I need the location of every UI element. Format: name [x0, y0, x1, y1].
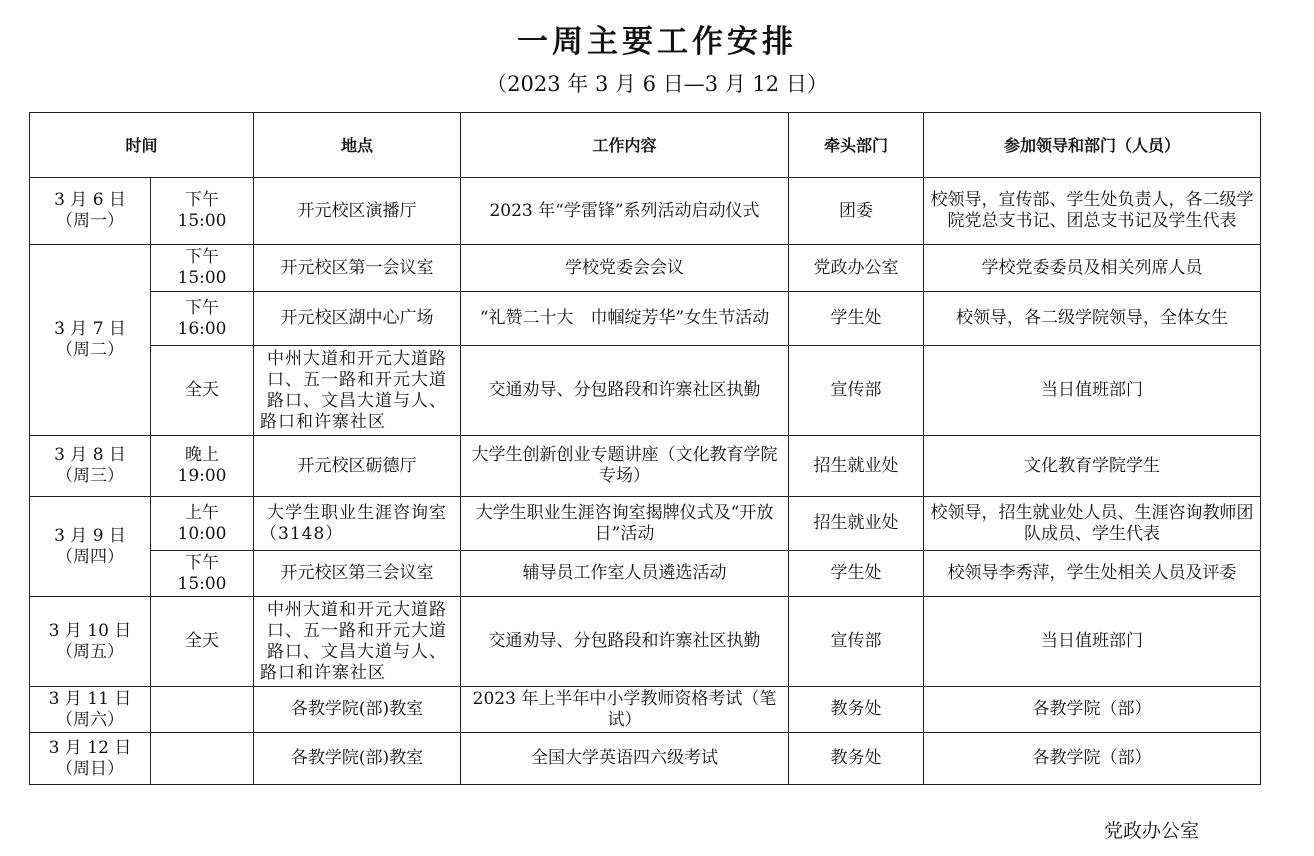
participants-cell: 校领导李秀萍，学生处相关人员及评委 — [924, 551, 1261, 597]
time-cell: 全天 — [151, 346, 254, 436]
lead-dept-cell: 宣传部 — [789, 346, 924, 436]
place-cell: 开元校区第一会议室 — [254, 245, 461, 292]
time-text: 下午 15:00 — [178, 190, 227, 231]
participants-cell: 各教学院（部） — [924, 687, 1261, 733]
table-row: 3 月 10 日（周五） 全天 中州大道和开元大道路口、五一路和开元大道路口、文… — [30, 597, 1261, 687]
place-cell: 开元校区第三会议室 — [254, 551, 461, 597]
time-text: 全天 — [185, 631, 219, 651]
place-cell: 各教学院(部)教室 — [254, 733, 461, 785]
content-cell: 大学生创新创业专题讲座（文化教育学院专场） — [461, 436, 789, 497]
weekday-text: （周三） — [56, 466, 124, 486]
participants-cell: 学校党委委员及相关列席人员 — [924, 245, 1261, 292]
content-cell: 辅导员工作室人员遴选活动 — [461, 551, 789, 597]
lead-dept-cell: 招生就业处 — [789, 497, 924, 551]
content-cell: 2023 年“学雷锋”系列活动启动仪式 — [461, 178, 789, 245]
header-lead-dept: 牵头部门 — [789, 113, 924, 178]
content-cell: 2023 年上半年中小学教师资格考试（笔试） — [461, 687, 789, 733]
weekday-text: （周五） — [56, 642, 124, 662]
place-cell: 各教学院(部)教室 — [254, 687, 461, 733]
time-cell: 全天 — [151, 597, 254, 687]
date-text: 3 月 11 日 — [49, 689, 132, 709]
table-header-row: 时间 地点 工作内容 牵头部门 参加领导和部门（人员） — [30, 113, 1261, 178]
place-cell: 中州大道和开元大道路口、五一路和开元大道路口、文昌大道与人、路口和许寨社区 — [254, 346, 461, 436]
date-cell: 3 月 8 日（周三） — [30, 436, 151, 497]
participants-cell: 当日值班部门 — [924, 597, 1261, 687]
header-time: 时间 — [30, 113, 254, 178]
time-text: 下午 15:00 — [178, 553, 227, 594]
date-cell: 3 月 12 日（周日） — [30, 733, 151, 785]
time-cell — [151, 733, 254, 785]
time-text: 上午 10:00 — [178, 503, 227, 544]
issuer-signature: 党政办公室 — [1104, 816, 1199, 843]
date-cell: 3 月 7 日（周二） — [30, 245, 151, 436]
lead-dept-cell: 教务处 — [789, 733, 924, 785]
schedule-table: 时间 地点 工作内容 牵头部门 参加领导和部门（人员） 3 月 6 日（周一） … — [29, 112, 1261, 785]
place-cell: 大学生职业生涯咨询室（3148） — [254, 497, 461, 551]
lead-dept-cell: 招生就业处 — [789, 436, 924, 497]
time-cell: 下午 15:00 — [151, 551, 254, 597]
table-row: 3 月 9 日（周四） 上午 10:00 大学生职业生涯咨询室（3148） 大学… — [30, 497, 1261, 551]
time-cell: 下午 16:00 — [151, 292, 254, 346]
date-text: 3 月 10 日 — [49, 621, 132, 641]
date-cell: 3 月 9 日（周四） — [30, 497, 151, 597]
time-cell: 晚上 19:00 — [151, 436, 254, 497]
date-text: 3 月 12 日 — [49, 738, 132, 758]
weekday-text: （周六） — [56, 710, 124, 730]
table-row: 下午 15:00 开元校区第三会议室 辅导员工作室人员遴选活动 学生处 校领导李… — [30, 551, 1261, 597]
lead-dept-cell: 学生处 — [789, 551, 924, 597]
time-cell: 上午 10:00 — [151, 497, 254, 551]
date-cell: 3 月 6 日（周一） — [30, 178, 151, 245]
date-cell: 3 月 10 日（周五） — [30, 597, 151, 687]
time-cell: 下午 15:00 — [151, 245, 254, 292]
date-cell: 3 月 11 日（周六） — [30, 687, 151, 733]
participants-cell: 文化教育学院学生 — [924, 436, 1261, 497]
weekday-text: （周四） — [56, 547, 124, 567]
time-text: 晚上 19:00 — [178, 445, 227, 486]
header-place: 地点 — [254, 113, 461, 178]
content-cell: 全国大学英语四六级考试 — [461, 733, 789, 785]
table-row: 3 月 12 日（周日） 各教学院(部)教室 全国大学英语四六级考试 教务处 各… — [30, 733, 1261, 785]
content-cell: 大学生职业生涯咨询室揭牌仪式及“开放日”活动 — [461, 497, 789, 551]
table-row: 3 月 6 日（周一） 下午 15:00 开元校区演播厅 2023 年“学雷锋”… — [30, 178, 1261, 245]
lead-dept-cell: 党政办公室 — [789, 245, 924, 292]
lead-dept-cell: 宣传部 — [789, 597, 924, 687]
participants-cell: 校领导，各二级学院领导，全体女生 — [924, 292, 1261, 346]
place-cell: 开元校区湖中心广场 — [254, 292, 461, 346]
content-cell: 交通劝导、分包路段和许寨社区执勤 — [461, 346, 789, 436]
date-text: 3 月 8 日 — [54, 445, 126, 465]
content-cell: 交通劝导、分包路段和许寨社区执勤 — [461, 597, 789, 687]
participants-cell: 校领导，招生就业处人员、生涯咨询教师团队成员、学生代表 — [924, 497, 1261, 551]
content-cell: 学校党委会会议 — [461, 245, 789, 292]
place-cell: 开元校区砺德厅 — [254, 436, 461, 497]
time-text: 下午 15:00 — [178, 247, 227, 288]
participants-cell: 当日值班部门 — [924, 346, 1261, 436]
table-row: 3 月 8 日（周三） 晚上 19:00 开元校区砺德厅 大学生创新创业专题讲座… — [30, 436, 1261, 497]
weekday-text: （周二） — [56, 340, 124, 360]
table-row: 下午 16:00 开元校区湖中心广场 “礼赞二十大 巾帼绽芳华”女生节活动 学生… — [30, 292, 1261, 346]
weekday-text: （周日） — [56, 759, 124, 779]
content-cell: “礼赞二十大 巾帼绽芳华”女生节活动 — [461, 292, 789, 346]
participants-cell: 校领导，宣传部、学生处负责人，各二级学院党总支书记、团总支书记及学生代表 — [924, 178, 1261, 245]
header-participants: 参加领导和部门（人员） — [924, 113, 1261, 178]
time-text: 下午 16:00 — [178, 298, 227, 339]
page-title: 一周主要工作安排 — [0, 16, 1314, 61]
place-cell: 开元校区演播厅 — [254, 178, 461, 245]
date-text: 3 月 7 日 — [54, 319, 126, 339]
place-cell: 中州大道和开元大道路口、五一路和开元大道路口、文昌大道与人、路口和许寨社区 — [254, 597, 461, 687]
table-row: 3 月 11 日（周六） 各教学院(部)教室 2023 年上半年中小学教师资格考… — [30, 687, 1261, 733]
time-cell — [151, 687, 254, 733]
time-text: 全天 — [185, 380, 219, 400]
lead-dept-cell: 团委 — [789, 178, 924, 245]
time-cell: 下午 15:00 — [151, 178, 254, 245]
header-content: 工作内容 — [461, 113, 789, 178]
lead-dept-cell: 学生处 — [789, 292, 924, 346]
date-range-subtitle: （2023 年 3 月 6 日—3 月 12 日） — [0, 68, 1314, 98]
table-row: 全天 中州大道和开元大道路口、五一路和开元大道路口、文昌大道与人、路口和许寨社区… — [30, 346, 1261, 436]
table-row: 3 月 7 日（周二） 下午 15:00 开元校区第一会议室 学校党委会会议 党… — [30, 245, 1261, 292]
participants-cell: 各教学院（部） — [924, 733, 1261, 785]
date-text: 3 月 9 日 — [54, 526, 126, 546]
weekday-text: （周一） — [56, 211, 124, 231]
date-text: 3 月 6 日 — [54, 190, 126, 210]
lead-dept-cell: 教务处 — [789, 687, 924, 733]
